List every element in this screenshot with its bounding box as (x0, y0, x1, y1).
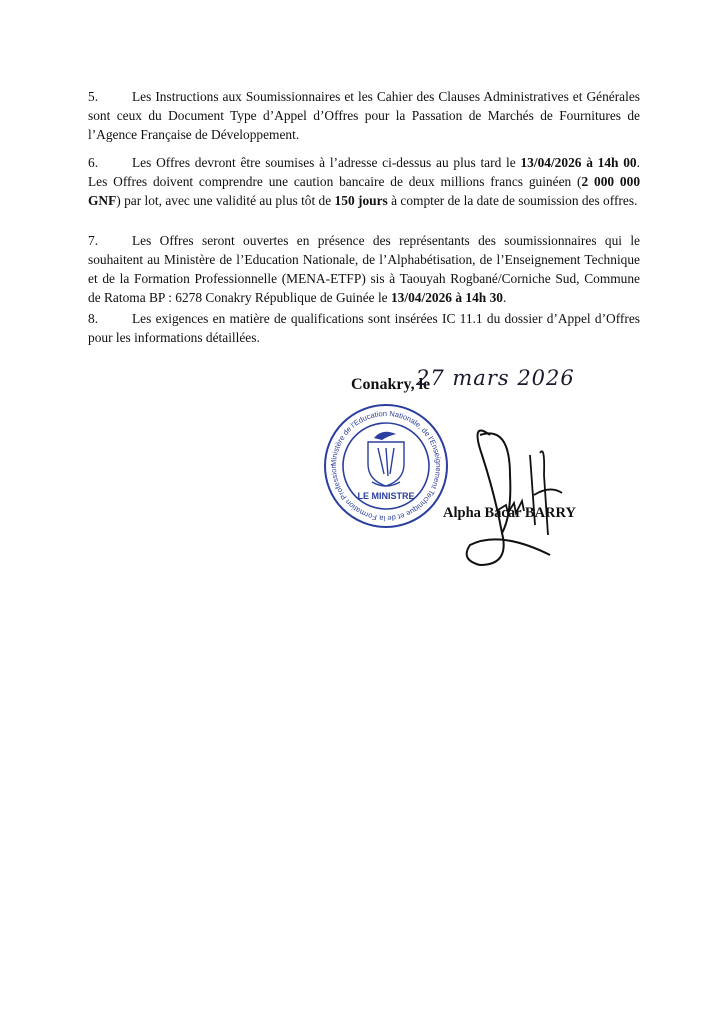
text: ) par lot, avec une validité au plus tôt… (116, 193, 334, 208)
paragraph-number: 5. (88, 87, 132, 106)
signature-icon (440, 415, 580, 570)
paragraph-5: 5.Les Instructions aux Soumissionnaires … (88, 87, 640, 144)
text: à compter de la date de soumission des o… (388, 193, 638, 208)
ministry-stamp-icon: Ministère de l'Education Nationale, de l… (322, 402, 450, 530)
paragraph-6: 6.Les Offres devront être soumises à l’a… (88, 153, 640, 210)
text: Les Instructions aux Soumissionnaires et… (88, 89, 640, 142)
paragraph-number: 7. (88, 231, 132, 250)
bold-text: 150 jours (335, 193, 388, 208)
text: . (503, 290, 506, 305)
text: Les exigences en matière de qualificatio… (88, 311, 640, 345)
paragraph-number: 8. (88, 309, 132, 328)
paragraph-8: 8.Les exigences en matière de qualificat… (88, 309, 640, 347)
handwritten-date: 27 mars 2026 (416, 366, 575, 390)
paragraph-7: 7.Les Offres seront ouvertes en présence… (88, 231, 640, 307)
svg-text:LE MINISTRE: LE MINISTRE (357, 491, 414, 501)
paragraph-number: 6. (88, 153, 132, 172)
text: Les Offres seront ouvertes en présence d… (88, 233, 640, 305)
bold-text: 13/04/2026 à 14h 00 (520, 155, 636, 170)
bold-text: 13/04/2026 à 14h 30 (391, 290, 503, 305)
document-page: 5.Les Instructions aux Soumissionnaires … (0, 0, 724, 1024)
text: Les Offres devront être soumises à l’adr… (132, 155, 520, 170)
